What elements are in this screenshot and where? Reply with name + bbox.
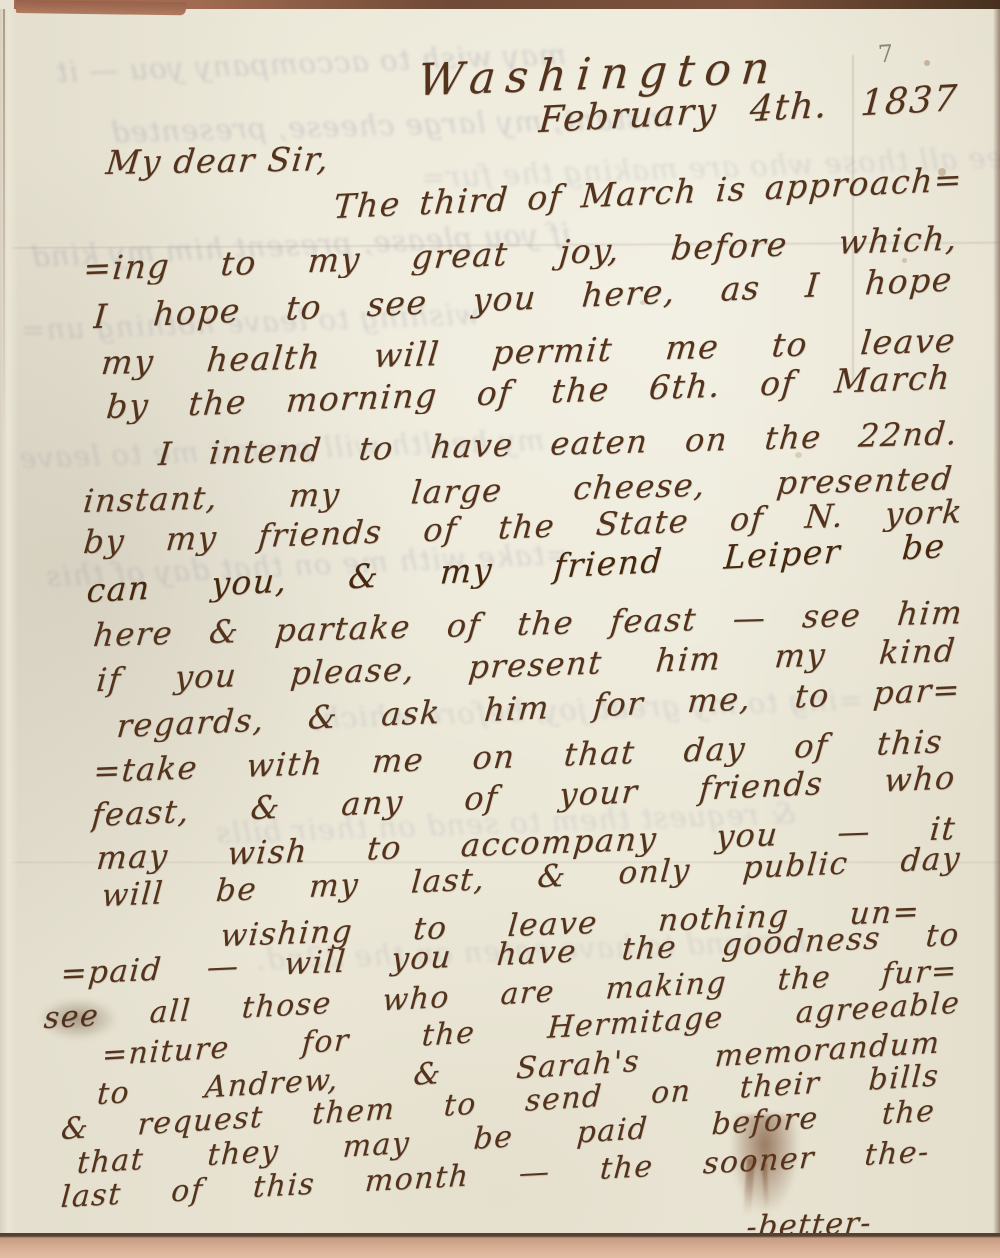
scanned-letter-page: may wish to accompany you — it instant, … — [0, 0, 1000, 1258]
scan-edge-bottom — [0, 1233, 1000, 1258]
letter-line: I intend to have eaten on the 22nd. — [157, 417, 960, 472]
scan-edge-left-line — [3, 6, 5, 436]
page-number: 7 — [877, 40, 894, 69]
scan-edge-corner — [16, 0, 186, 15]
foxing-spot — [924, 60, 930, 66]
letter-salutation: My dear Sir, — [104, 142, 331, 181]
foxing-spot — [902, 258, 907, 263]
scan-edge-right — [993, 0, 1000, 1258]
